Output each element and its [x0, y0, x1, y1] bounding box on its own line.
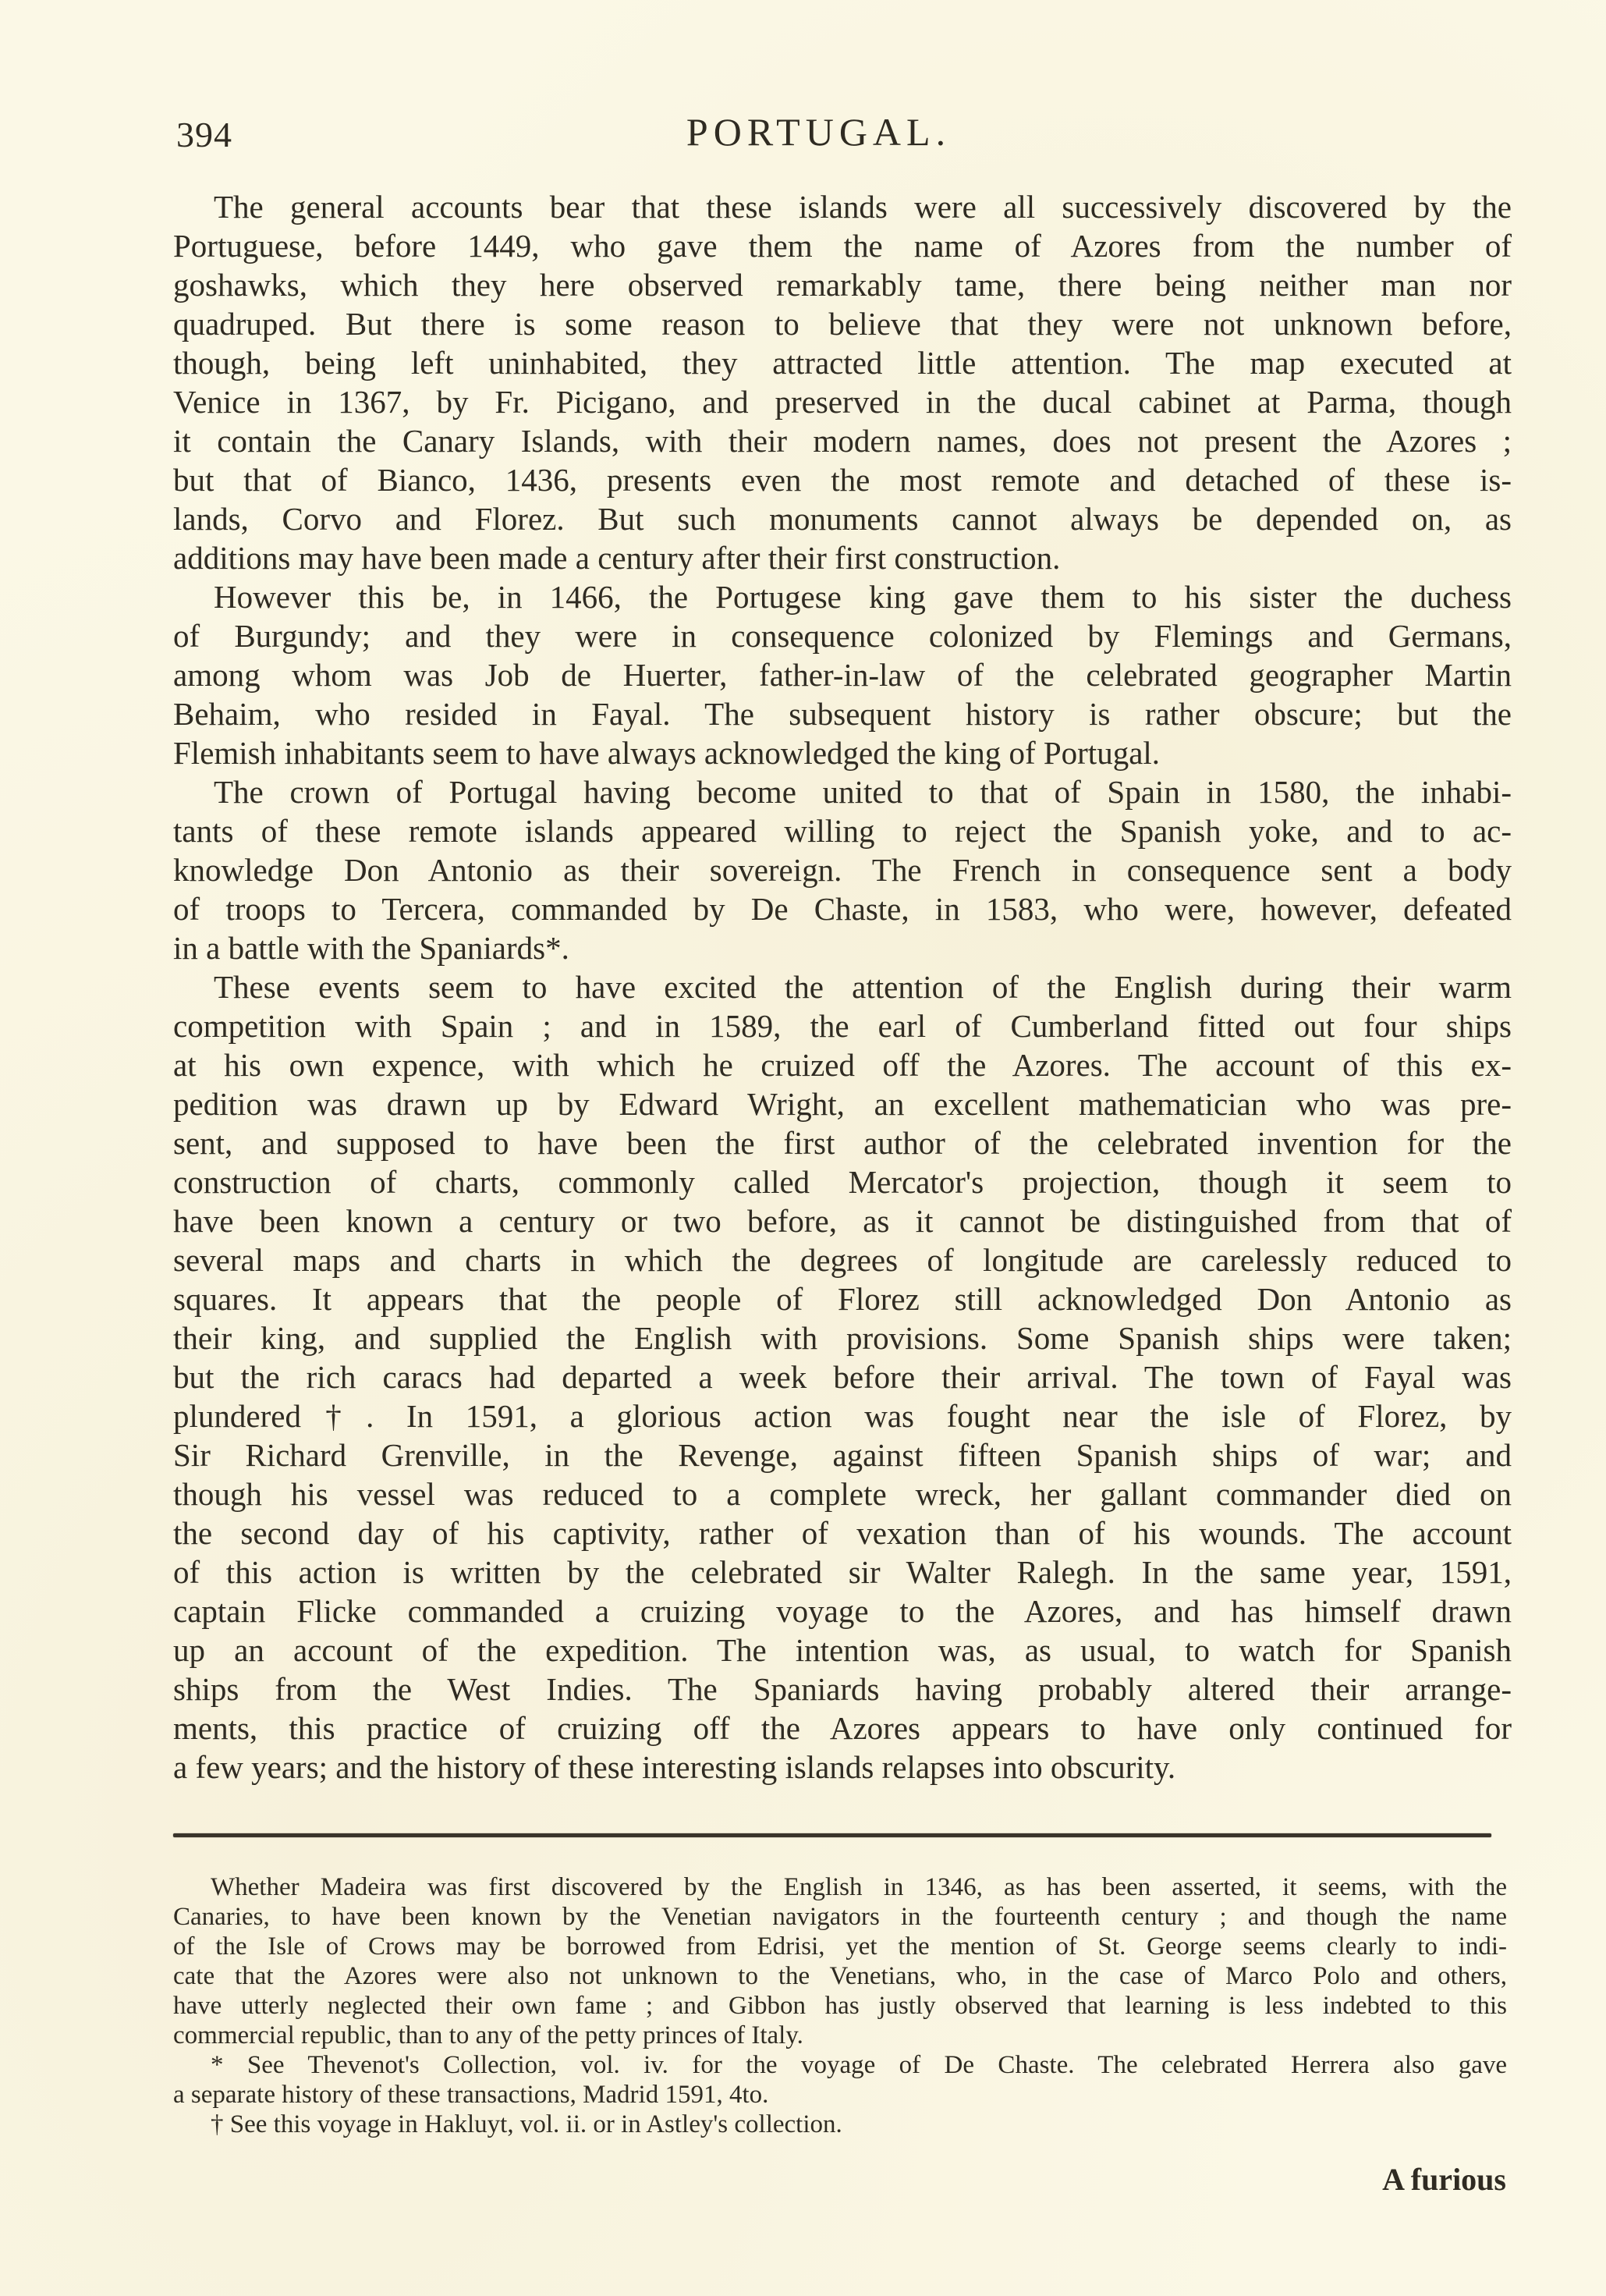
body-line: goshawks, which they here observed remar…: [173, 265, 1512, 304]
body-line: up an account of the expedition. The int…: [173, 1631, 1512, 1670]
body-line: a few years; and the history of these in…: [173, 1748, 1512, 1787]
body-line: but the rich caracs had departed a week …: [173, 1357, 1512, 1396]
footnote-line: cate that the Azores were also not unkno…: [173, 1961, 1507, 1991]
body-line: though his vessel was reduced to a compl…: [173, 1474, 1512, 1514]
body-line: of this action is written by the celebra…: [173, 1553, 1512, 1592]
body-text: The general accounts bear that these isl…: [173, 187, 1512, 1787]
body-line: squares. It appears that the people of F…: [173, 1279, 1512, 1318]
running-title: PORTUGAL.: [0, 109, 1606, 154]
body-line: the second day of his captivity, rather …: [173, 1514, 1512, 1553]
body-line: Sir Richard Grenville, in the Revenge, a…: [173, 1435, 1512, 1474]
body-line: The crown of Portugal having become unit…: [173, 772, 1512, 811]
body-line: Venice in 1367, by Fr. Picigano, and pre…: [173, 382, 1512, 421]
footnote-line: a separate history of these transactions…: [173, 2080, 1507, 2110]
footnotes: Whether Madeira was first discovered by …: [173, 1872, 1507, 2139]
body-line: These events seem to have excited the at…: [173, 967, 1512, 1006]
paragraph-4: These events seem to have excited the at…: [173, 967, 1512, 1787]
body-line: ments, this practice of cruizing off the…: [173, 1709, 1512, 1748]
body-line: Behaim, who resided in Fayal. The subseq…: [173, 694, 1512, 733]
paragraph-2: However this be, in 1466, the Portugese …: [173, 577, 1512, 772]
body-line: tants of these remote islands appeared w…: [173, 811, 1512, 850]
footnote-line: † See this voyage in Hakluyt, vol. ii. o…: [173, 2110, 1507, 2139]
body-line: pedition was drawn up by Edward Wright, …: [173, 1084, 1512, 1123]
body-line: The general accounts bear that these isl…: [173, 187, 1512, 226]
body-line: competition with Spain ; and in 1589, th…: [173, 1006, 1512, 1045]
footnote-line: of the Isle of Crows may be borrowed fro…: [173, 1932, 1507, 1961]
body-line: quadruped. But there is some reason to b…: [173, 304, 1512, 343]
body-line: among whom was Job de Huerter, father-in…: [173, 655, 1512, 694]
footnote-1: Whether Madeira was first discovered by …: [173, 1872, 1507, 2050]
body-line: However this be, in 1466, the Portugese …: [173, 577, 1512, 616]
footnote-line: commercial republic, than to any of the …: [173, 2021, 1507, 2050]
footnote-rule: [173, 1833, 1491, 1837]
body-line: of Burgundy; and they were in consequenc…: [173, 616, 1512, 655]
body-line: have been known a century or two before,…: [173, 1201, 1512, 1240]
body-line: Portuguese, before 1449, who gave them t…: [173, 226, 1512, 265]
body-line: captain Flicke commanded a cruizing voya…: [173, 1592, 1512, 1631]
body-line: ships from the West Indies. The Spaniard…: [173, 1670, 1512, 1709]
body-line: of troops to Tercera, commanded by De Ch…: [173, 889, 1512, 928]
body-line: but that of Bianco, 1436, presents even …: [173, 460, 1512, 499]
body-line: though, being left uninhabited, they att…: [173, 343, 1512, 382]
footnote-line: Whether Madeira was first discovered by …: [173, 1872, 1507, 1902]
body-line: Flemish inhabitants seem to have always …: [173, 733, 1512, 772]
footnote-line: have utterly neglected their own fame ; …: [173, 1991, 1507, 2021]
body-line: it contain the Canary Islands, with thei…: [173, 421, 1512, 460]
body-line: plundered†. In 1591, a glorious action w…: [173, 1396, 1512, 1435]
body-line: sent, and supposed to have been the firs…: [173, 1123, 1512, 1162]
paragraph-1: The general accounts bear that these isl…: [173, 187, 1512, 577]
body-line: at his own expence, with which he cruize…: [173, 1045, 1512, 1084]
footnote-line: Canaries, to have been known by the Vene…: [173, 1902, 1507, 1932]
body-line: several maps and charts in which the deg…: [173, 1240, 1512, 1279]
footnote-2: * See Thevenot's Collection, vol. iv. fo…: [173, 2050, 1507, 2110]
body-line: knowledge Don Antonio as their sovereign…: [173, 850, 1512, 889]
body-line: their king, and supplied the English wit…: [173, 1318, 1512, 1357]
body-line: construction of charts, commonly called …: [173, 1162, 1512, 1201]
body-line: additions may have been made a century a…: [173, 538, 1512, 577]
paragraph-3: The crown of Portugal having become unit…: [173, 772, 1512, 967]
footnote-3: † See this voyage in Hakluyt, vol. ii. o…: [173, 2110, 1507, 2139]
body-line: in a battle with the Spaniards*.: [173, 928, 1512, 967]
body-line: lands, Corvo and Florez. But such monume…: [173, 499, 1512, 538]
footnote-line: * See Thevenot's Collection, vol. iv. fo…: [173, 2050, 1507, 2080]
catchword: A furious: [1382, 2161, 1506, 2198]
